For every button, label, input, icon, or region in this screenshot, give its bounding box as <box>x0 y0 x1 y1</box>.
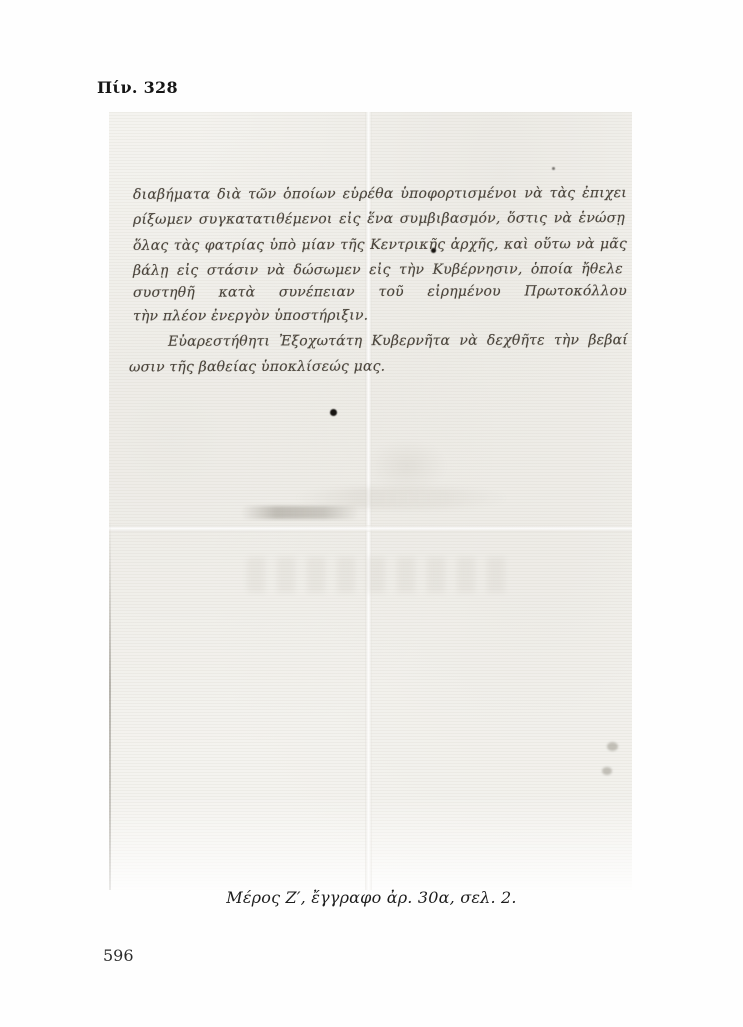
bleedthrough-mark <box>367 440 447 492</box>
handwriting-line: διαβήματα διὰ τῶν ὁποίων εὑρέθα ὑποφορτι… <box>133 183 627 205</box>
photo-left-edge-shadow <box>109 517 111 890</box>
ink-blot <box>431 248 436 253</box>
ink-blot <box>552 167 555 170</box>
caption: Μέρος Ζ′, ἔγγραφο ἀρ. 30α, σελ. 2. <box>110 888 633 907</box>
bleedthrough-mark <box>247 557 512 593</box>
handwriting-line: ωσιν τῆς βαθείας ὑποκλίσεώς μας. <box>129 357 385 378</box>
manuscript-photo: διαβήματα διὰ τῶν ὁποίων εὑρέθα ὑποφορτι… <box>109 112 632 890</box>
handwriting-line: τὴν πλέον ἐνεργὸν ὑποστήριξιν. <box>133 306 368 327</box>
handwriting-line: βάλῃ εἰς στάσιν νὰ δώσωμεν εἰς τὴν Κυβέρ… <box>133 259 623 281</box>
book-page: Πίν. 328 διαβήματα διὰ τῶν ὁποίων εὑρέθα… <box>0 0 743 1027</box>
fold-crease-horizontal <box>109 525 632 532</box>
handwriting-line: ὅλας τὰς φατρίας ὑπὸ μίαν τῆς Κεντρικῆς … <box>133 234 627 256</box>
handwriting-line: συστηθῆ κατὰ συνέπειαν τοῦ εἰρημένου Πρω… <box>133 281 627 303</box>
ink-blot <box>330 409 337 416</box>
handwriting-line: Εὐαρεστήθητι Ἐξοχωτάτη Κυβερνῆτα νὰ δεχθ… <box>168 330 628 352</box>
handwriting-line: ρίξωμεν συγκατατιθέμενοι εἰς ἕνα συμβιβα… <box>133 208 625 230</box>
plate-label: Πίν. 328 <box>97 78 178 97</box>
smudge-mark <box>607 742 618 751</box>
page-number: 596 <box>103 946 134 965</box>
dark-streak <box>241 506 359 519</box>
smudge-mark <box>602 767 612 775</box>
